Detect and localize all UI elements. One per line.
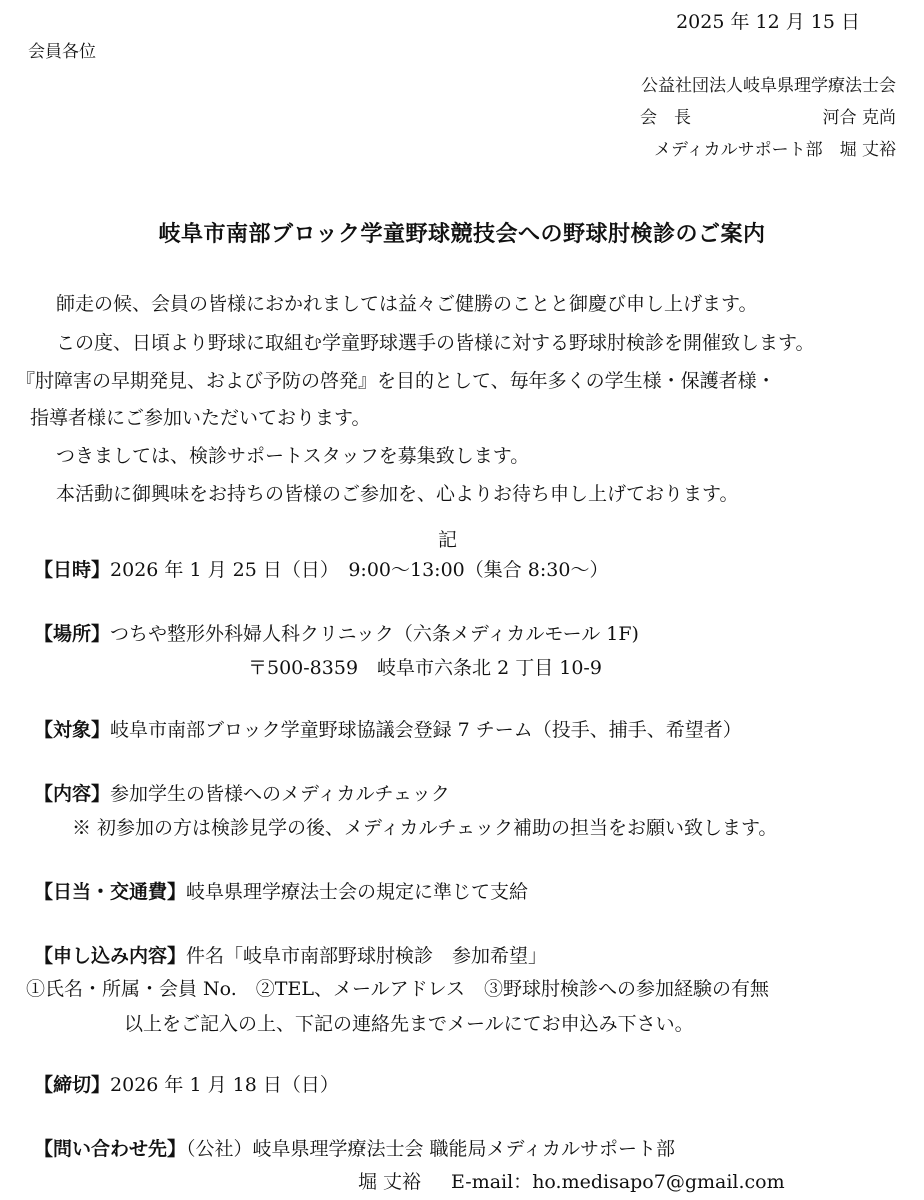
item-value: 岐阜市南部ブロック学童野球協議会登録 7 チーム（投手、捕手、希望者） [110, 719, 742, 741]
item-datetime: 【日時】2026 年 1 月 25 日（日） 9:00～13:00（集合 8:3… [34, 558, 608, 582]
sender-organization: 公益社団法人岐阜県理学療法士会 [641, 74, 896, 98]
item-label: 【日当・交通費】 [34, 881, 186, 903]
item-allowance: 【日当・交通費】岐阜県理学療法士会の規定に準じて支給 [34, 880, 528, 904]
contact-name: 堀 丈裕 [358, 1171, 421, 1193]
email-link[interactable]: ho.medisapo7@gmail.com [532, 1171, 784, 1193]
item-place: 【場所】つちや整形外科婦人科クリニック（六条メディカルモール 1F) [34, 622, 639, 646]
item-label: 【締切】 [34, 1074, 110, 1096]
president-name: 河合 克尚 [823, 106, 896, 130]
body-paragraph: 師走の候、会員の皆様におかれましては益々ご健勝のことと御慶び申し上げます。 [56, 292, 757, 316]
item-label: 【場所】 [34, 623, 110, 645]
item-application: 【申し込み内容】件名「岐阜市南部野球肘検診 参加希望」 [34, 944, 547, 968]
body-paragraph: 『肘障害の早期発見、および予防の啓発』を目的として、毎年多くの学生様・保護者様・ [16, 369, 776, 393]
item-deadline: 【締切】2026 年 1 月 18 日（日） [34, 1073, 339, 1097]
item-label: 【問い合わせ先】 [34, 1138, 186, 1160]
document-date: 2025 年 12 月 15 日 [676, 10, 860, 34]
email-label: E-mail： [451, 1171, 532, 1193]
content-note: ※ 初参加の方は検診見学の後、メディカルチェック補助の担当をお願い致します。 [72, 816, 777, 840]
president-title: 会 長 [640, 106, 691, 130]
item-contact: 【問い合わせ先】（公社）岐阜県理学療法士会 職能局メディカルサポート部 [34, 1137, 675, 1161]
contact-person: 堀 丈裕E-mail：ho.medisapo7@gmail.com [358, 1170, 785, 1194]
sender-department: メディカルサポート部 堀 丈裕 [654, 138, 896, 162]
body-paragraph: この度、日頃より野球に取組む学童野球選手の皆様に対する野球肘検診を開催致します。 [56, 331, 814, 355]
place-address: 〒500-8359 岐阜市六条北 2 丁目 10-9 [248, 656, 602, 680]
application-fields: ①氏名・所属・会員 No. ②TEL、メールアドレス ③野球肘検診への参加経験の… [26, 977, 769, 1001]
body-paragraph: つきましては、検診サポートスタッフを募集致します。 [56, 444, 529, 468]
body-paragraph: 指導者様にご参加いただいております。 [30, 406, 370, 430]
item-value: 件名「岐阜市南部野球肘検診 参加希望」 [186, 945, 547, 967]
item-content: 【内容】参加学生の皆様へのメディカルチェック [34, 782, 450, 806]
page-title: 岐阜市南部ブロック学童野球競技会への野球肘検診のご案内 [0, 217, 924, 248]
item-target: 【対象】岐阜市南部ブロック学童野球協議会登録 7 チーム（投手、捕手、希望者） [34, 718, 742, 742]
item-label: 【対象】 [34, 719, 110, 741]
item-value: つちや整形外科婦人科クリニック（六条メディカルモール 1F) [110, 623, 639, 645]
item-value: 参加学生の皆様へのメディカルチェック [110, 783, 450, 805]
body-paragraph: 本活動に御興味をお持ちの皆様のご参加を、心よりお待ち申し上げております。 [56, 482, 738, 506]
addressee: 会員各位 [28, 40, 96, 64]
item-value: （公社）岐阜県理学療法士会 職能局メディカルサポート部 [186, 1138, 675, 1160]
item-label: 【内容】 [34, 783, 110, 805]
item-label: 【日時】 [34, 559, 110, 581]
item-value: 岐阜県理学療法士会の規定に準じて支給 [186, 881, 528, 903]
application-instruction: 以上をご記入の上、下記の連絡先までメールにてお申込み下さい。 [124, 1012, 694, 1036]
ki-marker: 記 [438, 528, 457, 552]
item-label: 【申し込み内容】 [34, 945, 186, 967]
item-value: 2026 年 1 月 18 日（日） [110, 1074, 339, 1096]
item-value: 2026 年 1 月 25 日（日） 9:00～13:00（集合 8:30～） [110, 559, 608, 581]
